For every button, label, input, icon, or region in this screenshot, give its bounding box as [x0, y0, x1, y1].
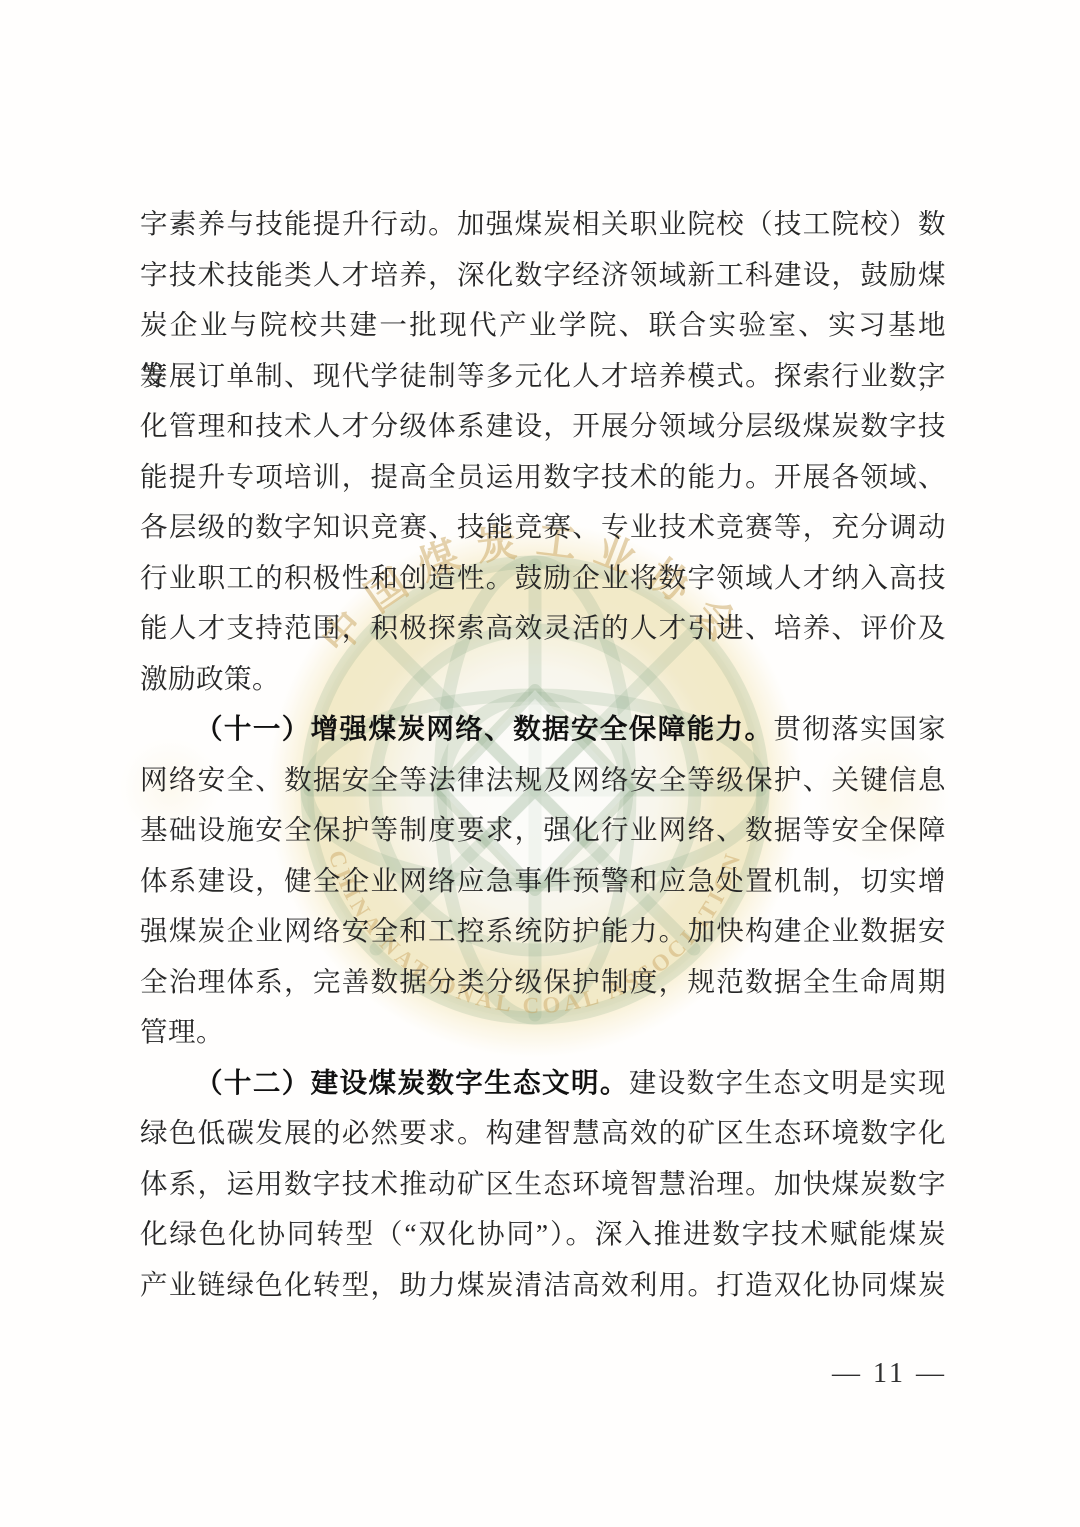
- text-line: 体系，运用数字技术推动矿区生态环境智慧治理。加快煤炭数字: [140, 1159, 946, 1210]
- text-segment: 网络安全、数据安全等法律法规及网络安全等级保护、关键信息: [140, 764, 946, 795]
- text-segment: 贯彻落实国家: [773, 713, 946, 744]
- text-line: 能提升专项培训，提高全员运用数字技术的能力。开展各领域、: [140, 452, 946, 503]
- text-segment: 激励政策。: [140, 663, 280, 694]
- text-line: （十二）建设煤炭数字生态文明。建设数字生态文明是实现: [140, 1058, 946, 1109]
- document-page: 中国煤炭工业协会 CHINA NATIONAL COAL ASSOCIATION…: [0, 0, 1080, 1527]
- text-segment: 体系，运用数字技术推动矿区生态环境智慧治理。加快煤炭数字: [140, 1168, 946, 1199]
- text-segment: 产业链绿色化转型，助力煤炭清洁高效利用。打造双化协同煤炭: [140, 1269, 946, 1300]
- text-line: （十一）增强煤炭网络、数据安全保障能力。贯彻落实国家: [140, 704, 946, 755]
- text-segment: 建设数字生态文明是实现: [629, 1067, 946, 1098]
- text-line: 绿色低碳发展的必然要求。构建智慧高效的矿区生态环境数字化: [140, 1108, 946, 1159]
- text-segment: 化管理和技术人才分级体系建设，开展分领域分层级煤炭数字技: [140, 410, 946, 441]
- text-line: 管理。: [140, 1007, 946, 1058]
- text-line: 行业职工的积极性和创造性。鼓励企业将数字领域人才纳入高技: [140, 553, 946, 604]
- text-line: 化管理和技术人才分级体系建设，开展分领域分层级煤炭数字技: [140, 401, 946, 452]
- text-segment: 能人才支持范围，积极探索高效灵活的人才引进、培养、评价及: [140, 612, 946, 643]
- text-line: 炭企业与院校共建一批现代产业学院、联合实验室、实习基地等，: [140, 300, 946, 351]
- text-segment: 体系建设，健全企业网络应急事件预警和应急处置机制，切实增: [140, 865, 946, 896]
- text-line: 全治理体系，完善数据分类分级保护制度，规范数据全生命周期: [140, 957, 946, 1008]
- text-segment: 管理。: [140, 1016, 224, 1047]
- text-line: 发展订单制、现代学徒制等多元化人才培养模式。探索行业数字: [140, 351, 946, 402]
- text-segment: 字素养与技能提升行动。加强煤炭相关职业院校（技工院校）数: [140, 208, 946, 239]
- text-segment: 各层级的数字知识竞赛、技能竞赛、专业技术竞赛等，充分调动: [140, 511, 946, 542]
- text-line: 体系建设，健全企业网络应急事件预警和应急处置机制，切实增: [140, 856, 946, 907]
- text-segment: 发展订单制、现代学徒制等多元化人才培养模式。探索行业数字: [140, 360, 946, 391]
- text-segment: 基础设施安全保护等制度要求，强化行业网络、数据等安全保障: [140, 814, 946, 845]
- text-line: 产业链绿色化转型，助力煤炭清洁高效利用。打造双化协同煤炭: [140, 1260, 946, 1311]
- text-line: 强煤炭企业网络安全和工控系统防护能力。加快构建企业数据安: [140, 906, 946, 957]
- text-segment: 强煤炭企业网络安全和工控系统防护能力。加快构建企业数据安: [140, 915, 946, 946]
- text-segment: 全治理体系，完善数据分类分级保护制度，规范数据全生命周期: [140, 966, 946, 997]
- section-heading-segment: （十二）建设煤炭数字生态文明。: [195, 1067, 629, 1098]
- text-segment: 行业职工的积极性和创造性。鼓励企业将数字领域人才纳入高技: [140, 562, 946, 593]
- text-line: 字素养与技能提升行动。加强煤炭相关职业院校（技工院校）数: [140, 199, 946, 250]
- text-line: 各层级的数字知识竞赛、技能竞赛、专业技术竞赛等，充分调动: [140, 502, 946, 553]
- page-number-label: — 11 —: [832, 1358, 947, 1389]
- text-segment: 绿色低碳发展的必然要求。构建智慧高效的矿区生态环境数字化: [140, 1117, 946, 1148]
- page-number: — 11 —: [832, 1358, 947, 1390]
- text-segment: 化绿色化协同转型（“双化协同”）。深入推进数字技术赋能煤炭: [140, 1218, 946, 1249]
- text-line: 基础设施安全保护等制度要求，强化行业网络、数据等安全保障: [140, 805, 946, 856]
- text-line: 能人才支持范围，积极探索高效灵活的人才引进、培养、评价及: [140, 603, 946, 654]
- text-segment: 字技术技能类人才培养，深化数字经济领域新工科建设，鼓励煤: [140, 259, 946, 290]
- section-heading-segment: （十一）增强煤炭网络、数据安全保障能力。: [195, 713, 773, 744]
- text-line: 激励政策。: [140, 654, 946, 705]
- text-line: 网络安全、数据安全等法律法规及网络安全等级保护、关键信息: [140, 755, 946, 806]
- document-text: 字素养与技能提升行动。加强煤炭相关职业院校（技工院校）数字技术技能类人才培养，深…: [140, 199, 946, 1310]
- text-line: 化绿色化协同转型（“双化协同”）。深入推进数字技术赋能煤炭: [140, 1209, 946, 1260]
- text-line: 字技术技能类人才培养，深化数字经济领域新工科建设，鼓励煤: [140, 250, 946, 301]
- text-segment: 能提升专项培训，提高全员运用数字技术的能力。开展各领域、: [140, 461, 946, 492]
